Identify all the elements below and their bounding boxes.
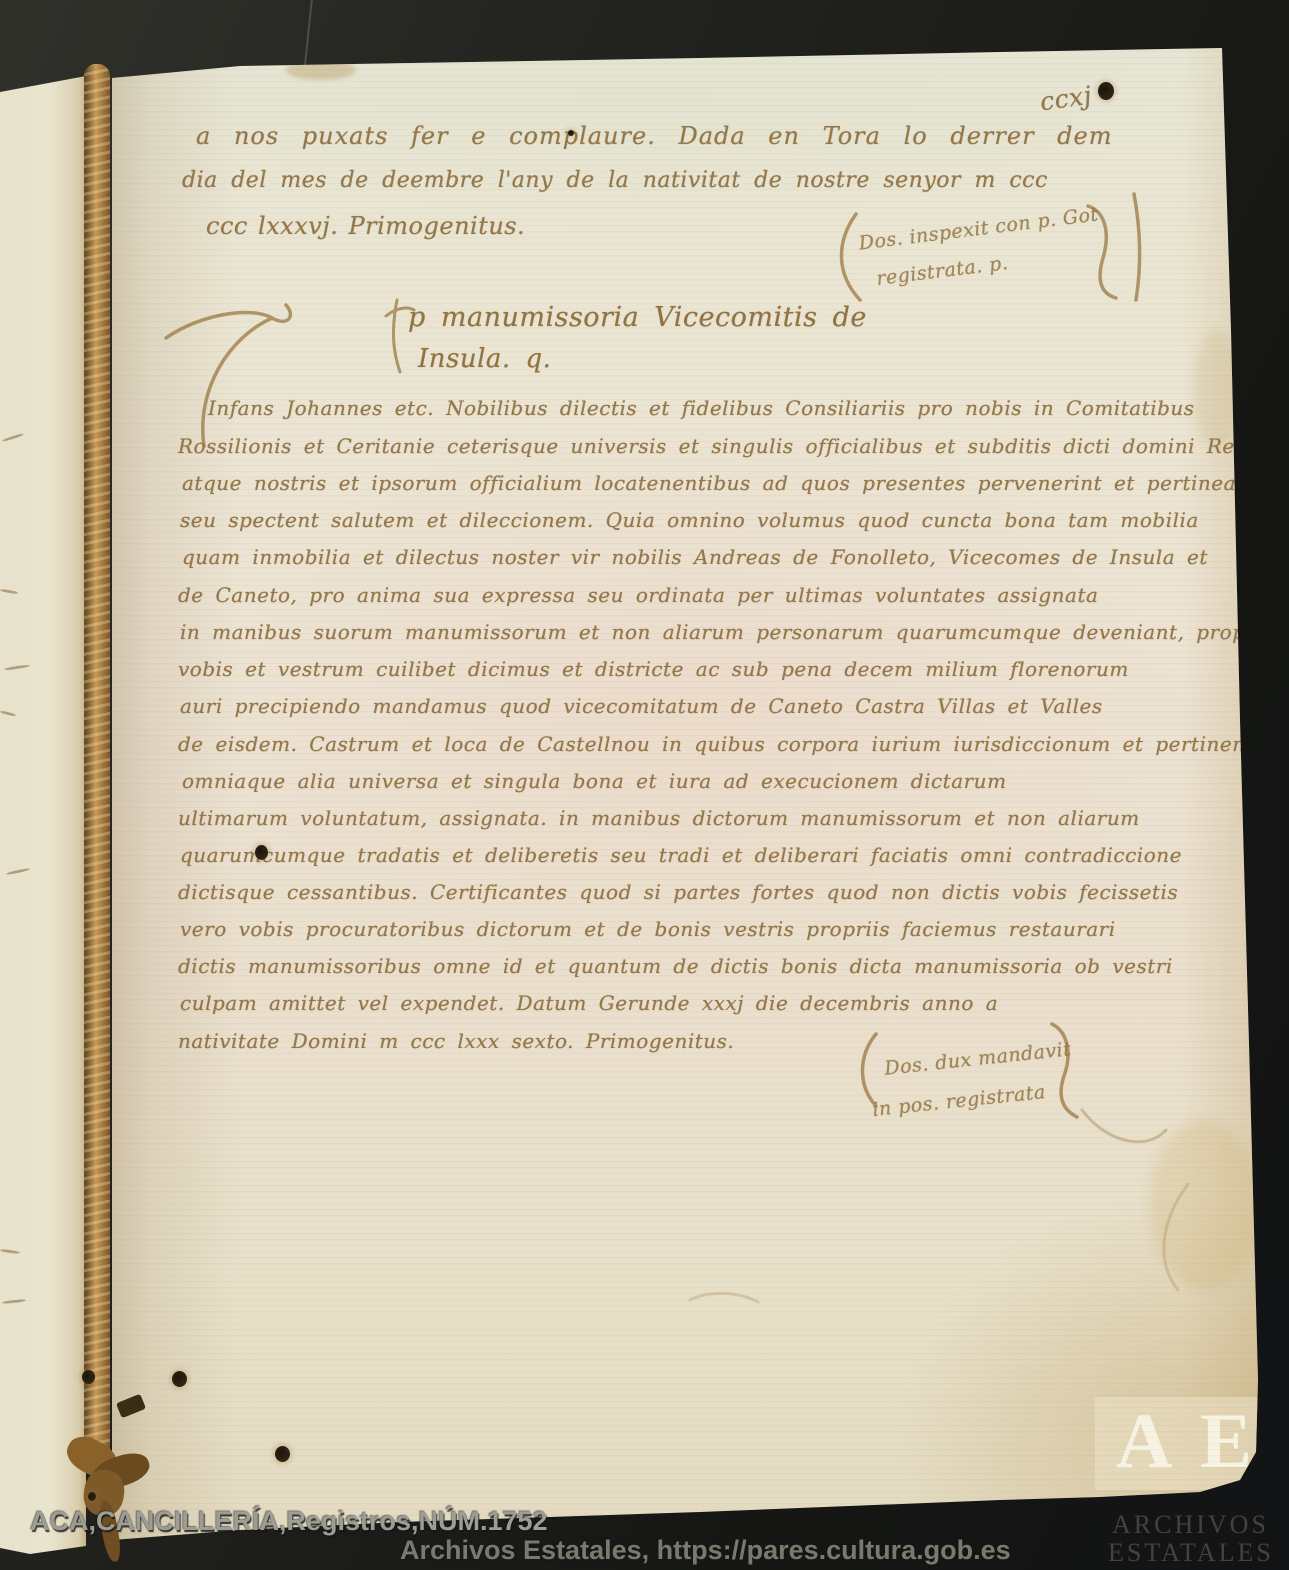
manuscript-line: quarumcumque tradatis et deliberetis seu… (180, 843, 1182, 867)
chancery-note: registrata. p. (875, 252, 1009, 290)
manuscript-line: dictisque cessantibus. Certificantes quo… (178, 880, 1178, 904)
manuscript-line: nativitate Domini m ccc lxxx sexto. Prim… (178, 1029, 734, 1053)
manuscript-line: de Caneto, pro anima sua expressa seu or… (178, 583, 1098, 607)
binding-cord (84, 64, 110, 1474)
rubric-heading: Insula. q. (418, 344, 551, 374)
manuscript-line: Rossilionis et Ceritanie ceterisque univ… (178, 434, 1266, 458)
rubric-heading: p manumissoria Vicecomitis de (408, 302, 867, 333)
manuscript-line: auri precipiendo mandamus quod vicecomit… (180, 694, 1103, 718)
manuscript-scan: a nos puxats fer e complaure. Dada en To… (0, 0, 1289, 1570)
manuscript-line: Infans Johannes etc. Nobilibus dilectis … (208, 396, 1195, 420)
manuscript-line: in manibus suorum manumissorum et non al… (180, 620, 1289, 644)
stain (1150, 1120, 1260, 1290)
manuscript-line: culpam amittet vel expendet. Datum Gerun… (180, 991, 998, 1015)
ink-bleed-mark (0, 588, 18, 594)
manuscript-line: ultimarum voluntatum, assignata. in mani… (178, 806, 1140, 830)
manuscript-line: dictis manumissoribus omne id et quantum… (178, 954, 1173, 978)
manuscript-line: a nos puxats fer e complaure. Dada en To… (196, 122, 1113, 150)
folio-number: ccxj (1038, 81, 1093, 117)
stain (1195, 330, 1241, 450)
archive-reference-caption: ACA,CANCILLERÍA,Registros,NÚM.1752 (30, 1506, 548, 1537)
watermark-word-estatales: ESTATALES (1108, 1538, 1274, 1568)
manuscript-line: seu spectent salutem et dileccionem. Qui… (180, 508, 1199, 532)
chancery-note: Dos. inspexit con p. Got (858, 203, 1100, 254)
manuscript-line: dia del mes de deembre l'any de la nativ… (182, 168, 1048, 193)
worm-hole (88, 1492, 96, 1501)
chancery-note: in pos. registrata (871, 1081, 1046, 1121)
manuscript-line: de eisdem. Castrum et loca de Castellnou… (178, 732, 1282, 756)
manuscript-line: quam inmobilia et dilectus noster vir no… (182, 545, 1208, 569)
ink-bleed-mark (0, 710, 16, 717)
ink-bleed-mark (4, 664, 30, 671)
ink-bleed-mark (0, 1249, 20, 1255)
ink-bleed-mark (2, 1299, 26, 1304)
stain (286, 60, 356, 80)
worm-hole (82, 1370, 95, 1384)
facing-page-edge (0, 0, 92, 1570)
worm-hole (255, 845, 268, 860)
worm-hole (568, 130, 574, 136)
watermark-letter-e: E (1200, 1402, 1252, 1480)
chancery-note: Dos. dux mandavit (883, 1038, 1072, 1079)
manuscript-line: vobis et vestrum cuilibet dicimus et dis… (178, 657, 1129, 681)
ink-bleed-mark (6, 868, 30, 876)
worm-hole (172, 1371, 187, 1387)
worm-hole (1098, 82, 1114, 100)
manuscript-line: vero vobis procuratoribus dictorum et de… (180, 917, 1116, 941)
worm-hole (275, 1446, 290, 1462)
ink-bleed-mark (2, 433, 24, 443)
manuscript-line: ccc lxxxvj. Primogenitus. (206, 212, 525, 240)
manuscript-page: a nos puxats fer e complaure. Dada en To… (0, 0, 1289, 1570)
manuscript-line: omniaque alia universa et singula bona e… (182, 769, 1007, 793)
archive-credit-caption: Archivos Estatales, https://pares.cultur… (400, 1535, 1011, 1566)
watermark-letter-a: A (1116, 1402, 1172, 1480)
manuscript-line: atque nostris et ipsorum officialium loc… (182, 471, 1258, 495)
watermark-word-archivos: ARCHIVOS (1112, 1510, 1269, 1540)
